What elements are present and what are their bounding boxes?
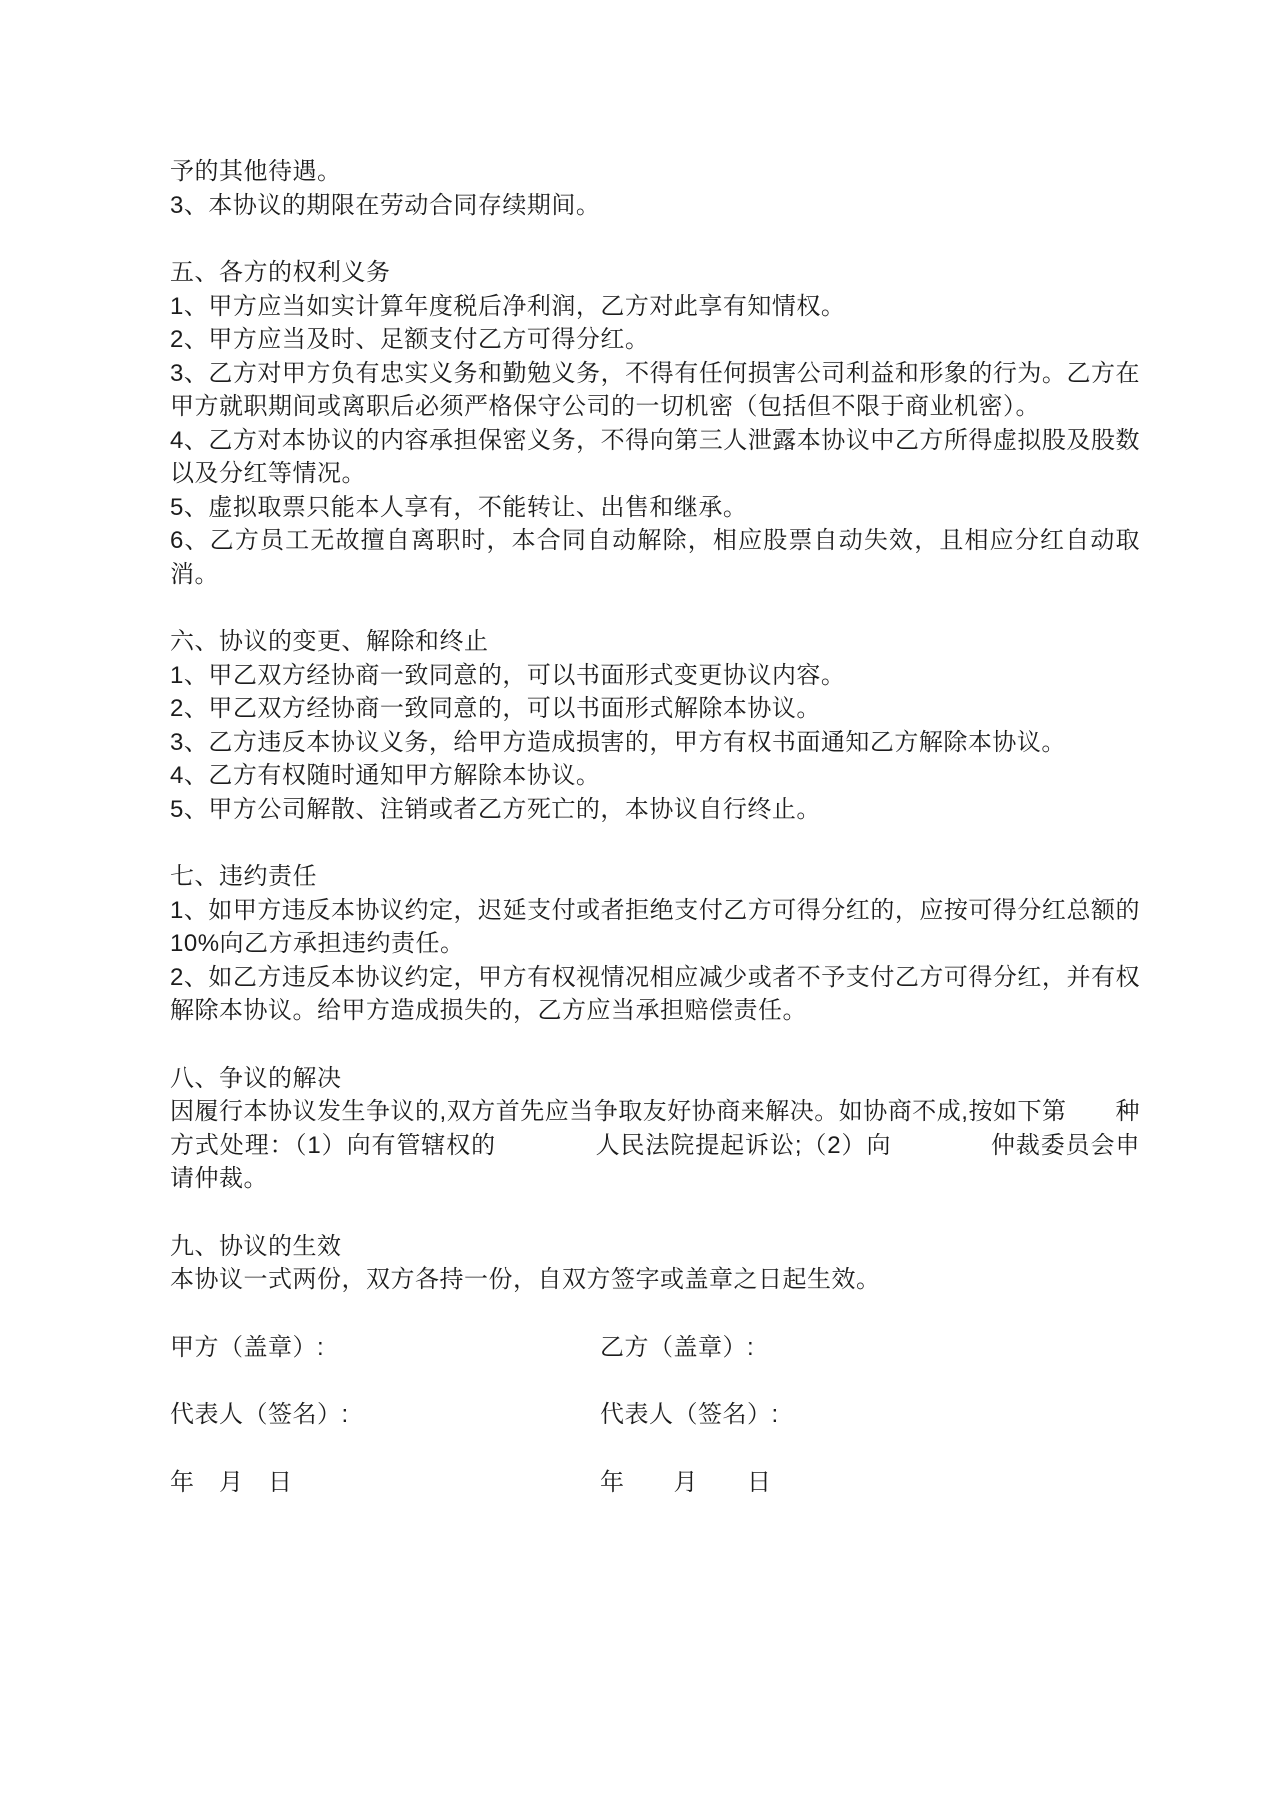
clause-7-2: 2、如乙方违反本协议约定，甲方有权视情况相应减少或者不予支付乙方可得分红，并有权… [170,961,1140,1028]
clause-6-3: 3、乙方违反本协议义务，给甲方造成损害的，甲方有权书面通知乙方解除本协议。 [170,726,1140,760]
clause-4-3: 3、本协议的期限在劳动合同存续期间。 [170,189,1140,223]
section-8-dispute-resolution: 八、争议的解决 因履行本协议发生争议的,双方首先应当争取友好协商来解决。如协商不… [170,1062,1140,1196]
section-6-heading: 六、协议的变更、解除和终止 [170,625,1140,659]
party-b-representative-label: 代表人（签名）: [600,1398,1140,1432]
carryover-line: 予的其他待遇。 [170,155,1140,189]
party-a-date-label: 年 月 日 [170,1466,600,1500]
clause-5-1: 1、甲方应当如实计算年度税后净利润，乙方对此享有知情权。 [170,290,1140,324]
clause-9-1: 本协议一式两份，双方各持一份，自双方签字或盖章之日起生效。 [170,1263,1140,1297]
representative-row: 代表人（签名）: 代表人（签名）: [170,1398,1140,1432]
clause-7-1: 1、如甲方违反本协议约定，迟延支付或者拒绝支付乙方可得分红的，应按可得分红总额的… [170,894,1140,961]
clause-6-1: 1、甲乙双方经协商一致同意的，可以书面形式变更协议内容。 [170,659,1140,693]
section-9-heading: 九、协议的生效 [170,1230,1140,1264]
section-7-heading: 七、违约责任 [170,860,1140,894]
seal-row: 甲方（盖章）: 乙方（盖章）: [170,1331,1140,1365]
clause-8-1: 因履行本协议发生争议的,双方首先应当争取友好协商来解决。如协商不成,按如下第 种… [170,1095,1140,1196]
section-5-heading: 五、各方的权利义务 [170,256,1140,290]
clause-5-6: 6、乙方员工无故擅自离职时，本合同自动解除，相应股票自动失效，且相应分红自动取消… [170,524,1140,591]
party-a-representative-label: 代表人（签名）: [170,1398,600,1432]
party-a-seal-label: 甲方（盖章）: [170,1331,600,1365]
date-row: 年 月 日 年 月 日 [170,1466,1140,1500]
section-9-effectiveness: 九、协议的生效 本协议一式两份，双方各持一份，自双方签字或盖章之日起生效。 [170,1230,1140,1297]
clause-5-2: 2、甲方应当及时、足额支付乙方可得分红。 [170,323,1140,357]
section-6-modification-termination: 六、协议的变更、解除和终止 1、甲乙双方经协商一致同意的，可以书面形式变更协议内… [170,625,1140,826]
clause-5-5: 5、虚拟取票只能本人享有，不能转让、出售和继承。 [170,491,1140,525]
clause-6-5: 5、甲方公司解散、注销或者乙方死亡的，本协议自行终止。 [170,793,1140,827]
section-8-heading: 八、争议的解决 [170,1062,1140,1096]
signature-block: 甲方（盖章）: 乙方（盖章）: 代表人（签名）: 代表人（签名）: 年 月 日 … [170,1331,1140,1500]
party-b-date-label: 年 月 日 [600,1466,1140,1500]
contract-document-page: 予的其他待遇。 3、本协议的期限在劳动合同存续期间。 五、各方的权利义务 1、甲… [0,0,1280,1811]
section-7-breach-liability: 七、违约责任 1、如甲方违反本协议约定，迟延支付或者拒绝支付乙方可得分红的，应按… [170,860,1140,1028]
clause-5-4: 4、乙方对本协议的内容承担保密义务，不得向第三人泄露本协议中乙方所得虚拟股及股数… [170,424,1140,491]
section-5-rights-obligations: 五、各方的权利义务 1、甲方应当如实计算年度税后净利润，乙方对此享有知情权。 2… [170,256,1140,591]
clause-5-3: 3、乙方对甲方负有忠实义务和勤勉义务，不得有任何损害公司利益和形象的行为。乙方在… [170,357,1140,424]
party-b-seal-label: 乙方（盖章）: [600,1331,1140,1365]
clause-6-2: 2、甲乙双方经协商一致同意的，可以书面形式解除本协议。 [170,692,1140,726]
clause-6-4: 4、乙方有权随时通知甲方解除本协议。 [170,759,1140,793]
